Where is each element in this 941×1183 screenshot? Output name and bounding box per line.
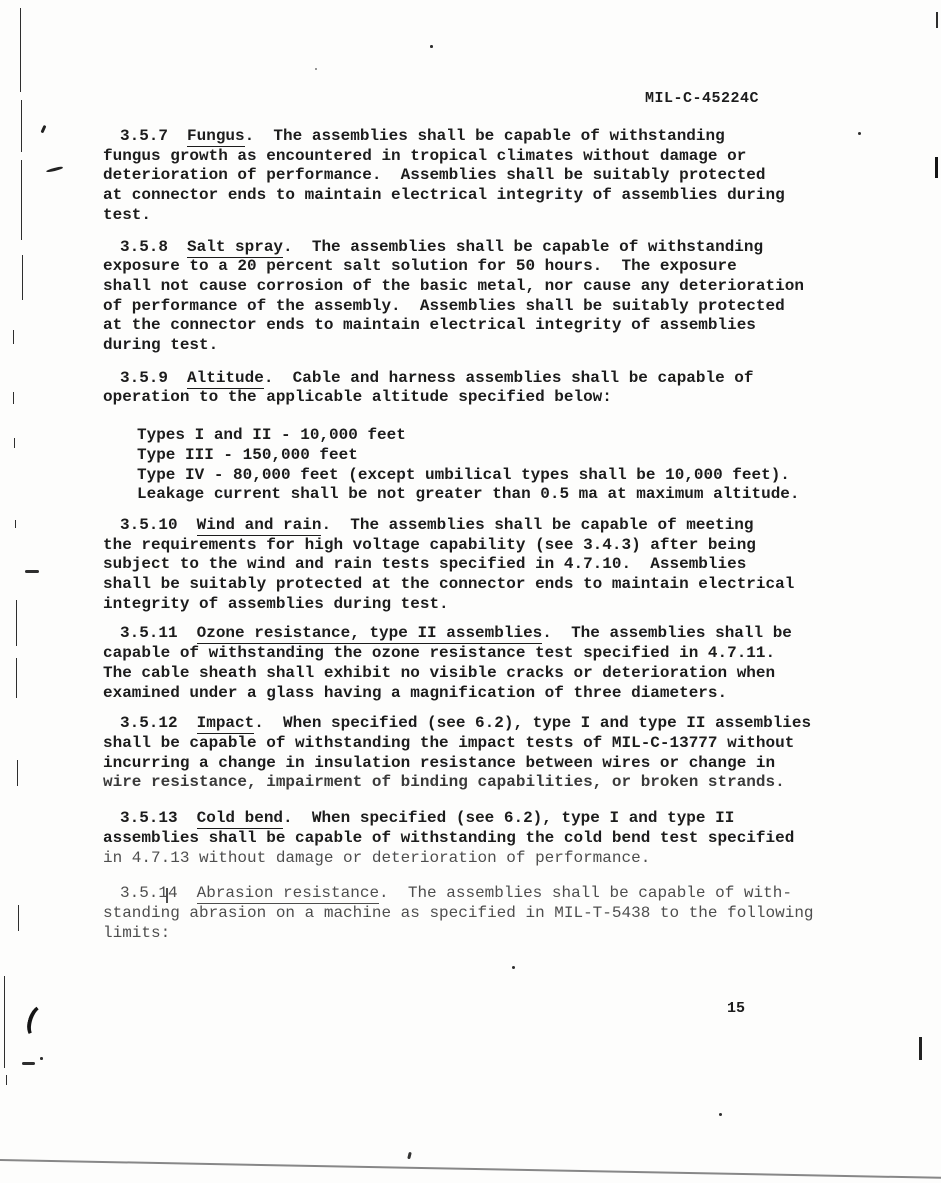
- section-title: Salt spray: [187, 238, 283, 258]
- scan-edge-line-left: [18, 905, 19, 931]
- paragraph-line: The cable sheath shall exhibit no visibl…: [103, 664, 833, 684]
- section-intro: . The assemblies shall be capable of wit…: [245, 127, 725, 145]
- paragraph-line: in 4.7.13 without damage or deterioratio…: [103, 849, 833, 869]
- paragraph-line: integrity of assemblies during test.: [103, 595, 833, 615]
- paragraph-line: operation to the applicable altitude spe…: [103, 388, 833, 408]
- paragraph-line: shall be capable of withstanding the imp…: [103, 734, 833, 754]
- section-intro: . When specified (see 6.2), type I and t…: [283, 809, 734, 827]
- section-title: Fungus: [187, 127, 245, 147]
- paragraph-line: shall be suitably protected at the conne…: [103, 575, 833, 595]
- section-number: 3.5.13: [120, 809, 178, 827]
- section-3-5-12: 3.5.12Impact. When specified (see 6.2), …: [103, 714, 833, 793]
- section-number: 3.5.14: [120, 884, 178, 902]
- scan-edge-line-left: [20, 8, 21, 92]
- scan-edge-line-left: [22, 255, 23, 300]
- altitude-list-item: Types I and II - 10,000 feet: [137, 426, 833, 446]
- paragraph-line: capable of withstanding the ozone resist…: [103, 644, 833, 664]
- scan-edge-line-left: [21, 160, 22, 240]
- altitude-list: Types I and II - 10,000 feet Type III - …: [103, 426, 833, 505]
- section-title: Altitude: [187, 369, 264, 389]
- scan-speck: [315, 68, 317, 70]
- scan-edge-line-left: [21, 100, 22, 152]
- paragraph-line: deterioration of performance. Assemblies…: [103, 166, 833, 186]
- scan-speck: [512, 966, 515, 969]
- scan-edge-line-left: [13, 330, 14, 344]
- paragraph-line: incurring a change in insulation resista…: [103, 754, 833, 774]
- paragraph-line: examined under a glass having a magnific…: [103, 684, 833, 704]
- scan-edge-line-left: [6, 1075, 7, 1085]
- scan-dash: [22, 1062, 35, 1065]
- section-number: 3.5.8: [120, 238, 168, 256]
- section-heading-line: 3.5.14Abrasion resistance. The assemblie…: [103, 884, 833, 904]
- section-title: Impact: [197, 714, 255, 734]
- section-3-5-8: 3.5.8Salt spray. The assemblies shall be…: [103, 238, 833, 356]
- section-heading-line: 3.5.13Cold bend. When specified (see 6.2…: [103, 809, 833, 829]
- section-heading-line: 3.5.10Wind and rain. The assemblies shal…: [103, 516, 833, 536]
- section-number: 3.5.9: [120, 369, 168, 387]
- altitude-list-item: Type III - 150,000 feet: [137, 446, 833, 466]
- section-title: Ozone resistance, type II assemblies: [197, 624, 543, 644]
- scan-edge-line-left: [13, 392, 14, 404]
- section-title: Abrasion resistance: [197, 884, 379, 904]
- scan-speck: [46, 166, 63, 173]
- scan-edge-line-left: [16, 658, 17, 698]
- scan-tick-right: [935, 157, 938, 178]
- section-3-5-7: 3.5.7Fungus. The assemblies shall be cap…: [103, 127, 833, 226]
- scan-edge-line-left: [4, 976, 5, 1068]
- paragraph-line: subject to the wind and rain tests speci…: [103, 555, 833, 575]
- section-heading-line: 3.5.11Ozone resistance, type II assembli…: [103, 624, 833, 644]
- page-number: 15: [727, 1000, 745, 1017]
- paragraph-line: standing abrasion on a machine as specif…: [103, 904, 833, 924]
- paragraph-line: of performance of the assembly. Assembli…: [103, 297, 833, 317]
- section-intro: . The assemblies shall be capable of wit…: [283, 238, 763, 256]
- section-title: Cold bend: [197, 809, 283, 829]
- scan-edge-line-left: [14, 438, 15, 448]
- section-number: 3.5.11: [120, 624, 178, 642]
- section-intro: . Cable and harness assemblies shall be …: [264, 369, 754, 387]
- section-number: 3.5.10: [120, 516, 178, 534]
- section-heading-line: 3.5.9Altitude. Cable and harness assembl…: [103, 369, 833, 389]
- paragraph-line: the requirements for high voltage capabi…: [103, 536, 833, 556]
- paragraph-line: assemblies shall be capable of withstand…: [103, 829, 833, 849]
- scan-speck: [858, 132, 861, 135]
- scan-tick-right: [936, 12, 938, 28]
- paragraph-line: during test.: [103, 336, 833, 356]
- section-intro: . When specified (see 6.2), type I and t…: [254, 714, 811, 732]
- scan-speck: [166, 888, 168, 903]
- scan-dash: [25, 570, 39, 573]
- section-3-5-14: 3.5.14Abrasion resistance. The assemblie…: [103, 884, 833, 943]
- paragraph-line: wire resistance, impairment of binding c…: [103, 773, 833, 793]
- scan-page-bottom-edge: [0, 1159, 941, 1178]
- section-number: 3.5.7: [120, 127, 168, 145]
- section-3-5-10: 3.5.10Wind and rain. The assemblies shal…: [103, 516, 833, 615]
- altitude-list-item: Leakage current shall be not greater tha…: [137, 485, 833, 505]
- paragraph-line: test.: [103, 206, 833, 226]
- paragraph-line: limits:: [103, 924, 833, 944]
- paragraph-line: at the connector ends to maintain electr…: [103, 316, 833, 336]
- paragraph-line: at connector ends to maintain electrical…: [103, 186, 833, 206]
- section-heading-line: 3.5.7Fungus. The assemblies shall be cap…: [103, 127, 833, 147]
- altitude-list-item: Type IV - 80,000 feet (except umbilical …: [137, 466, 833, 486]
- section-intro: . The assemblies shall be: [542, 624, 792, 642]
- section-3-5-11: 3.5.11Ozone resistance, type II assembli…: [103, 624, 833, 703]
- section-title: Wind and rain: [197, 516, 322, 536]
- scan-paren-mark: [24, 1002, 54, 1041]
- scan-speck: [430, 45, 433, 48]
- scan-edge-line-left: [16, 600, 17, 646]
- section-intro: . The assemblies shall be capable of mee…: [321, 516, 753, 534]
- section-number: 3.5.12: [120, 714, 178, 732]
- section-heading-line: 3.5.8Salt spray. The assemblies shall be…: [103, 238, 833, 258]
- section-3-5-13: 3.5.13Cold bend. When specified (see 6.2…: [103, 809, 833, 868]
- section-3-5-9: 3.5.9Altitude. Cable and harness assembl…: [103, 369, 833, 408]
- paragraph-line: shall not cause corrosion of the basic m…: [103, 277, 833, 297]
- scan-speck: [719, 1113, 722, 1116]
- section-intro: . The assemblies shall be capable of wit…: [379, 884, 792, 902]
- scan-speck: [40, 125, 46, 133]
- section-heading-line: 3.5.12Impact. When specified (see 6.2), …: [103, 714, 833, 734]
- scanned-document-page: MIL-C-45224C 3.5.7Fungus. The assemblies…: [0, 0, 941, 1183]
- scan-speck: [407, 1152, 411, 1159]
- paragraph-line: fungus growth as encountered in tropical…: [103, 147, 833, 167]
- document-body: 3.5.7Fungus. The assemblies shall be cap…: [103, 0, 833, 943]
- scan-tick-right: [919, 1037, 922, 1060]
- paragraph-line: exposure to a 20 percent salt solution f…: [103, 257, 833, 277]
- scan-speck: [40, 1057, 43, 1060]
- scan-edge-line-left: [15, 520, 16, 528]
- scan-edge-line-left: [17, 760, 18, 786]
